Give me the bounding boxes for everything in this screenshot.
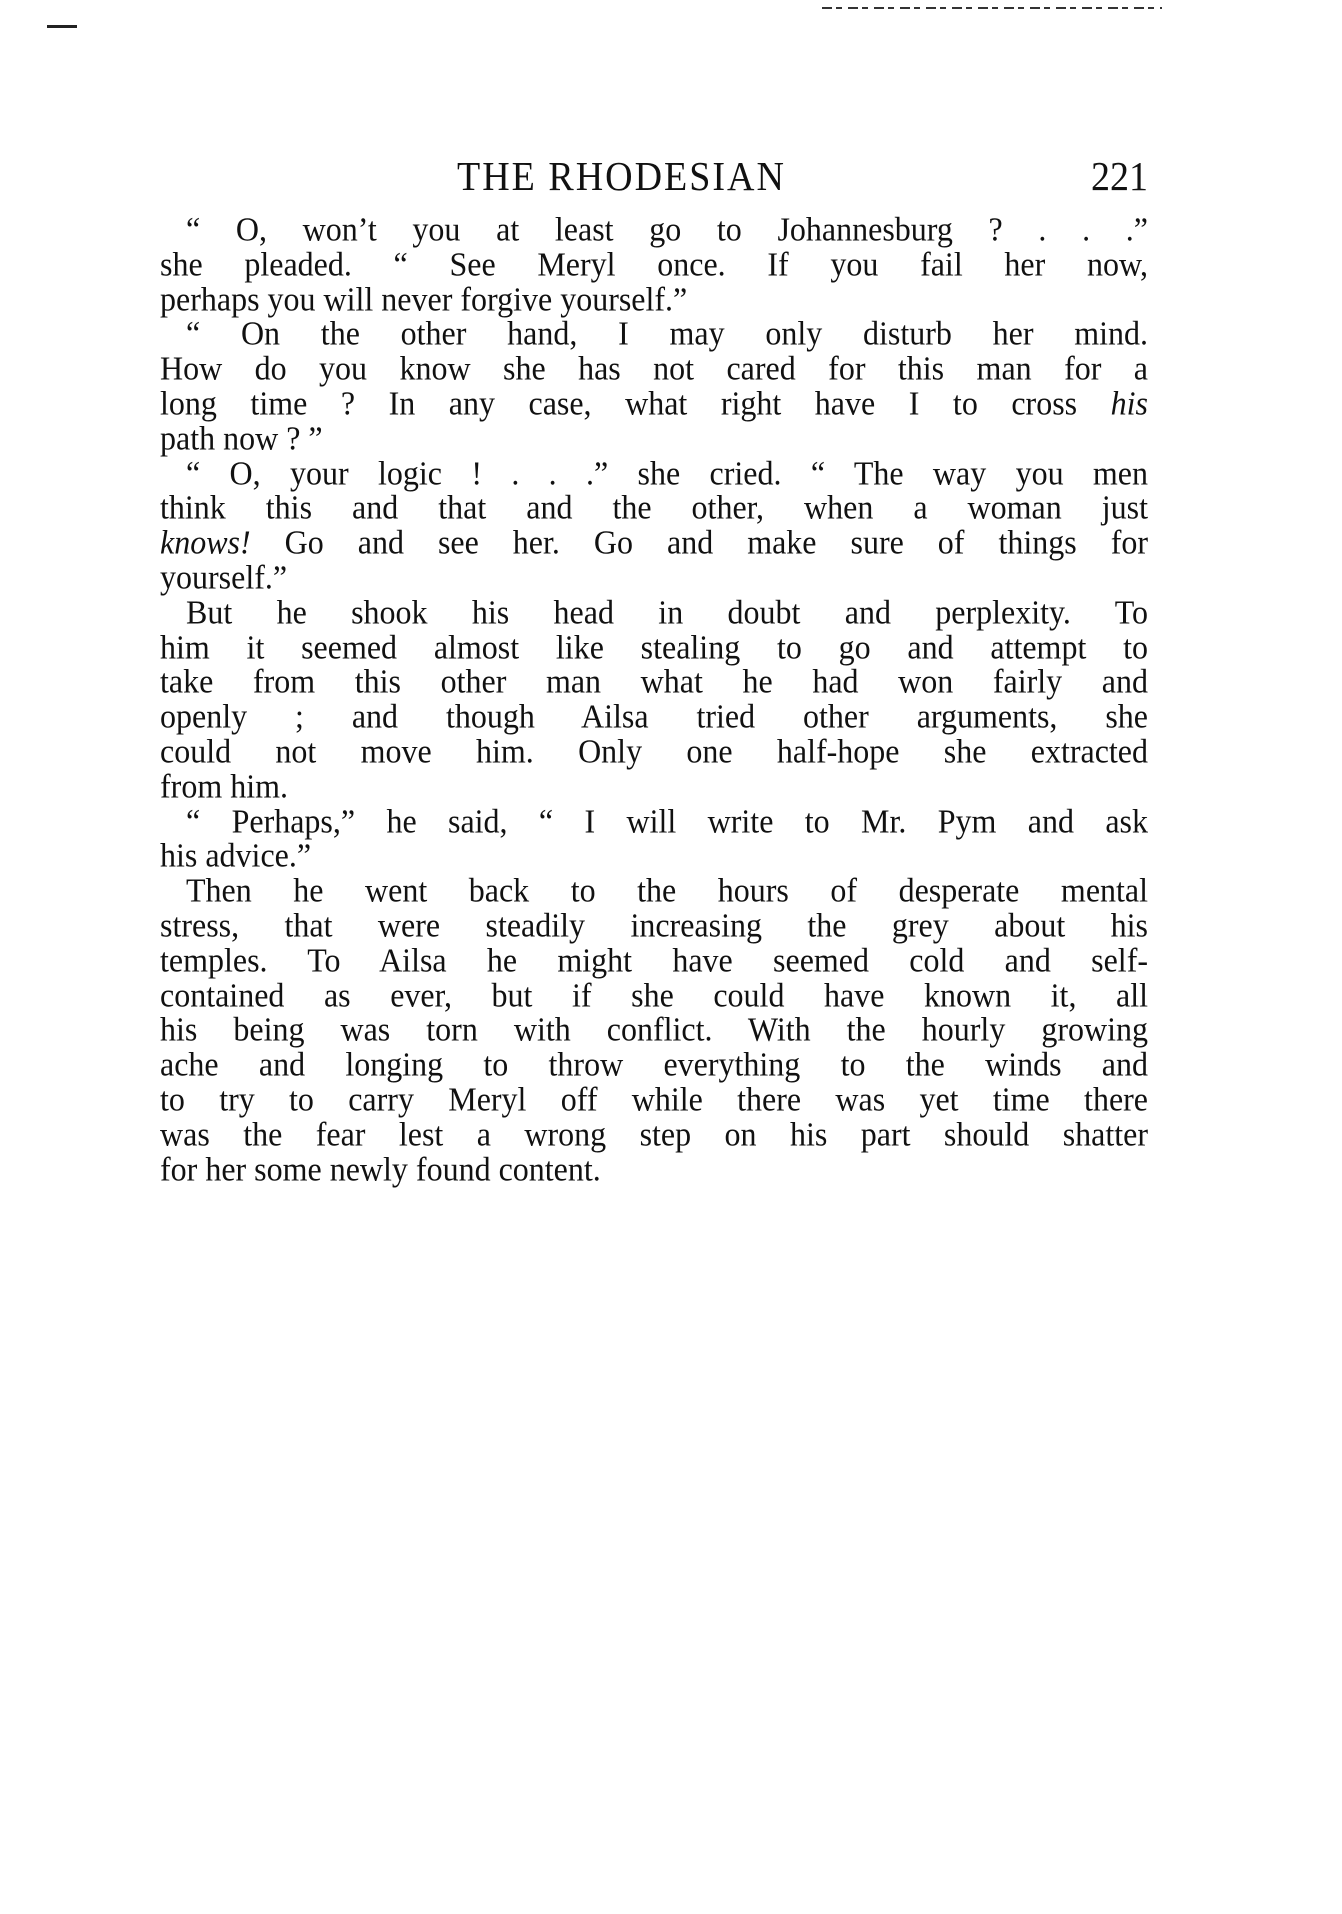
text-segment: Go and see her. Go and make sure of thin… [251, 523, 1148, 561]
text-line: to try to carry Meryl off while there wa… [160, 1081, 1148, 1118]
text-line: his being was torn with conflict. With t… [160, 1011, 1148, 1048]
text-line: him it seemed almost like stealing to go… [160, 629, 1148, 666]
italic-text: knows! [160, 523, 251, 561]
text-line: stress, that were steadily increasing th… [160, 907, 1148, 944]
text-line: “ O, your logic ! . . .” she cried. “ Th… [160, 455, 1148, 492]
text-line: contained as ever, but if she could have… [160, 977, 1148, 1014]
text-line: perhaps you will never forgive yourself.… [160, 281, 1148, 318]
text-line: path now ? ” [160, 420, 1148, 457]
text-segment: long time ? In any case, what right have… [160, 384, 1111, 422]
text-line: openly ; and though Ailsa tried other ar… [160, 698, 1148, 735]
text-line: “ Perhaps,” he said, “ I will write to M… [160, 803, 1148, 840]
text-line: from him. [160, 768, 1148, 805]
running-title: THE RHODESIAN [457, 152, 786, 202]
italic-text: his [1111, 384, 1148, 422]
text-line: Then he went back to the hours of desper… [160, 872, 1148, 909]
text-line: yourself.” [160, 559, 1148, 596]
text-line: “ O, won’t you at least go to Johannesbu… [160, 211, 1148, 248]
running-head: THE RHODESIAN 221 [160, 152, 1148, 198]
scan-artifact-left [47, 25, 77, 28]
text-line: she pleaded. “ See Meryl once. If you fa… [160, 246, 1148, 283]
text-line: his advice.” [160, 837, 1148, 874]
page-number: 221 [1091, 152, 1148, 202]
text-line: “ On the other hand, I may only disturb … [160, 316, 1148, 353]
text-line: could not move him. Only one half-hope s… [160, 733, 1148, 770]
text-line: But he shook his head in doubt and perpl… [160, 594, 1148, 631]
text-line: ache and longing to throw everything to … [160, 1046, 1148, 1083]
text-line: temples. To Ailsa he might have seemed c… [160, 942, 1148, 979]
text-line: for her some newly found content. [160, 1151, 1148, 1188]
text-line: was the fear lest a wrong step on his pa… [160, 1116, 1148, 1153]
scan-artifact-top [822, 7, 1162, 9]
text-line: think this and that and the other, when … [160, 490, 1148, 527]
text-line: How do you know she has not cared for th… [160, 350, 1148, 387]
body-text: “ O, won’t you at least go to Johannesbu… [160, 212, 1148, 1186]
text-line: knows! Go and see her. Go and make sure … [160, 524, 1148, 561]
text-line: take from this other man what he had won… [160, 663, 1148, 700]
text-line: long time ? In any case, what right have… [160, 385, 1148, 422]
